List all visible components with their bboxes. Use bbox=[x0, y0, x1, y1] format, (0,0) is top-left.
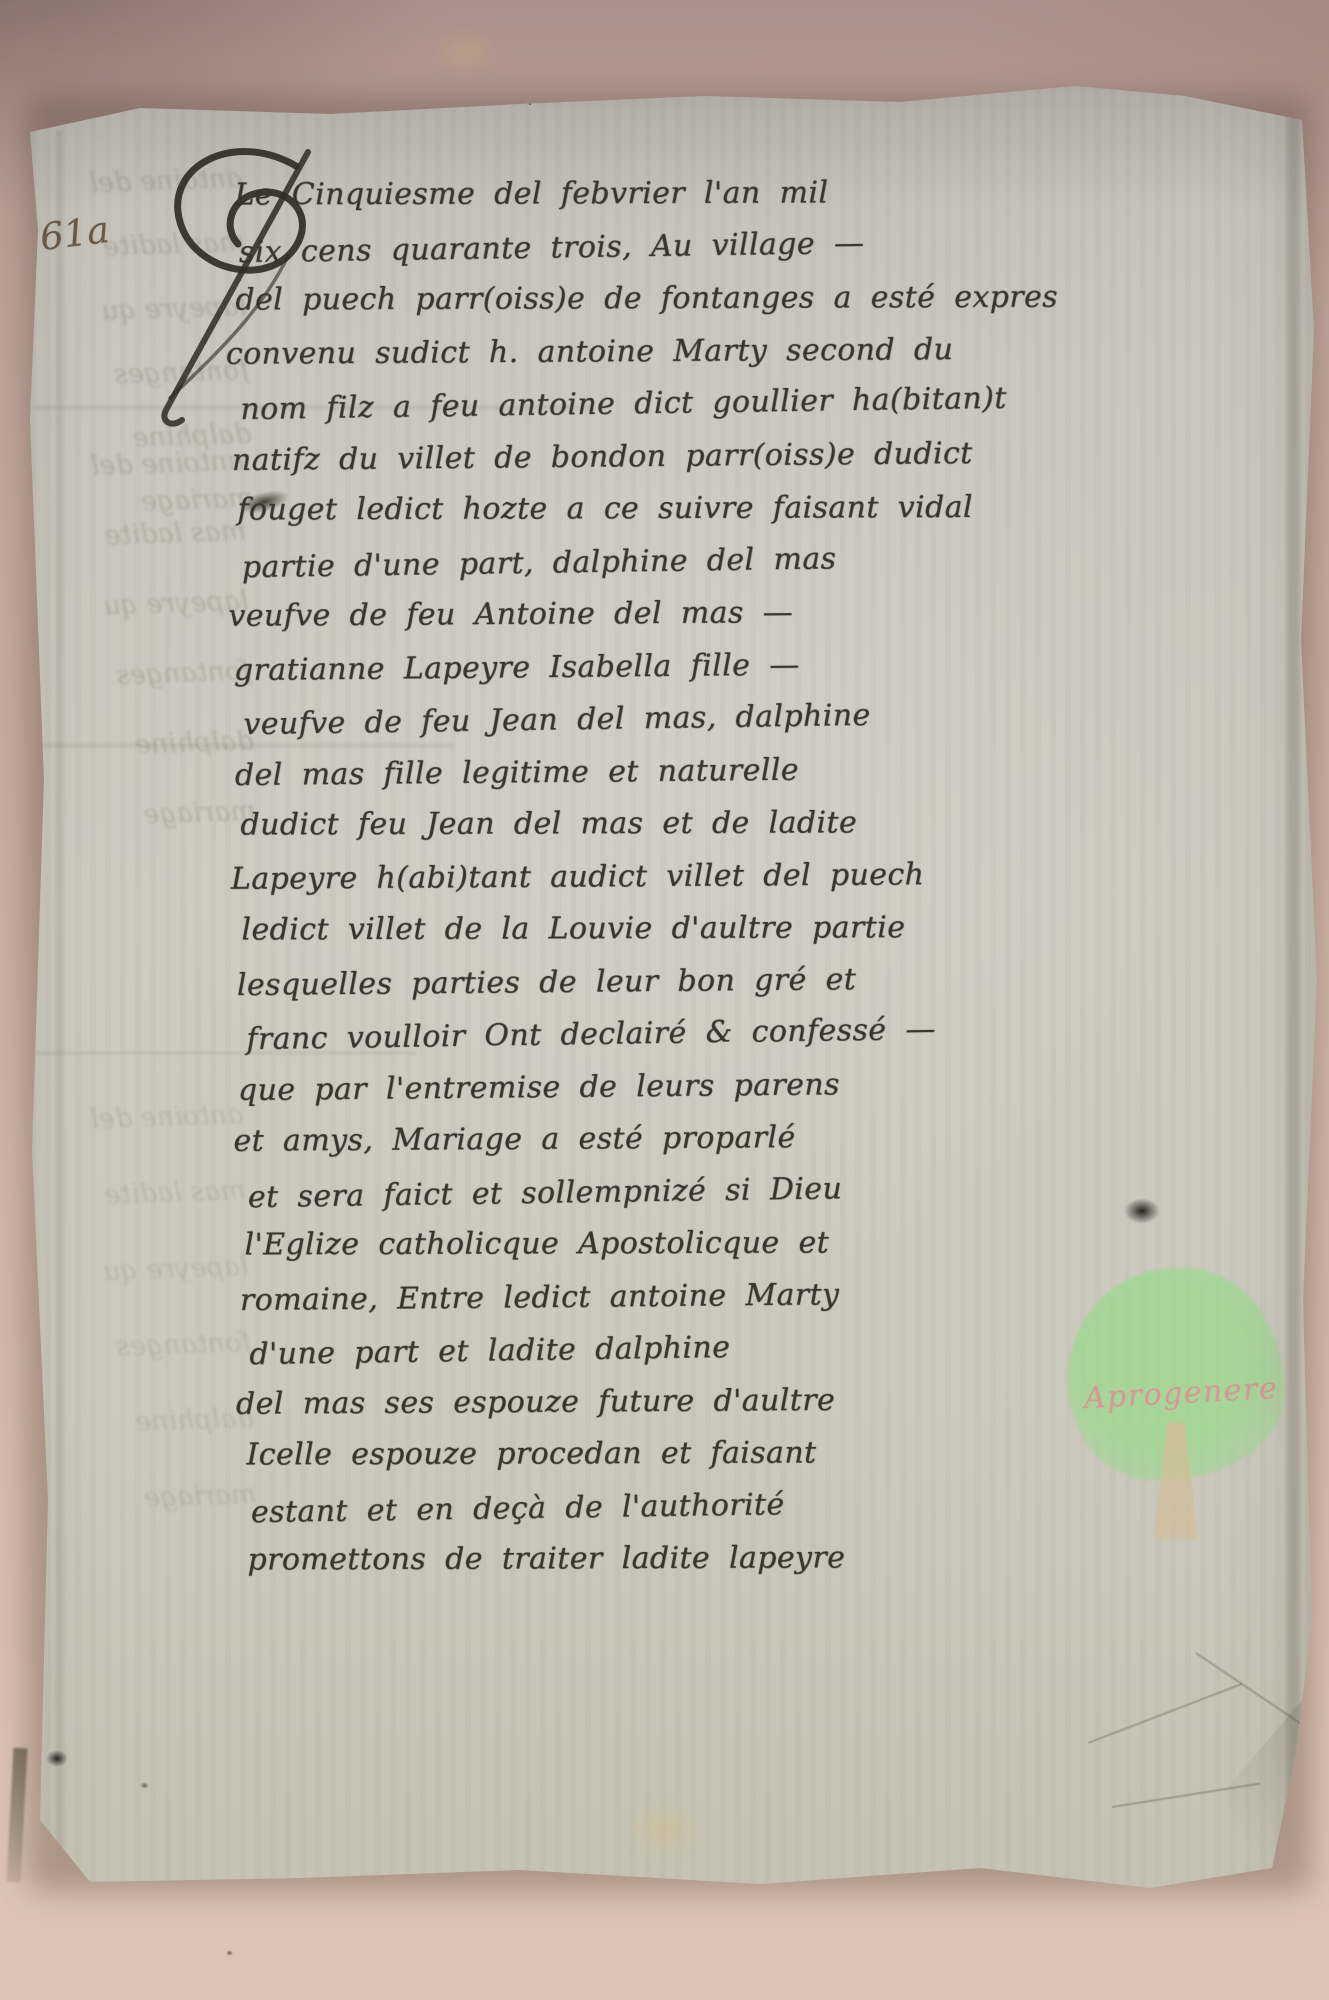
backdrop-dot bbox=[226, 1950, 233, 1956]
backdrop-shadow-sliver bbox=[7, 1748, 28, 1883]
paper-vignette bbox=[0, 0, 1329, 2000]
backdrop-stain bbox=[430, 30, 500, 76]
photographed-manuscript: antoine delmas laditelapeyre qufontanges… bbox=[0, 0, 1329, 2000]
manuscript-sheet: antoine delmas laditelapeyre qufontanges… bbox=[0, 0, 1329, 2000]
